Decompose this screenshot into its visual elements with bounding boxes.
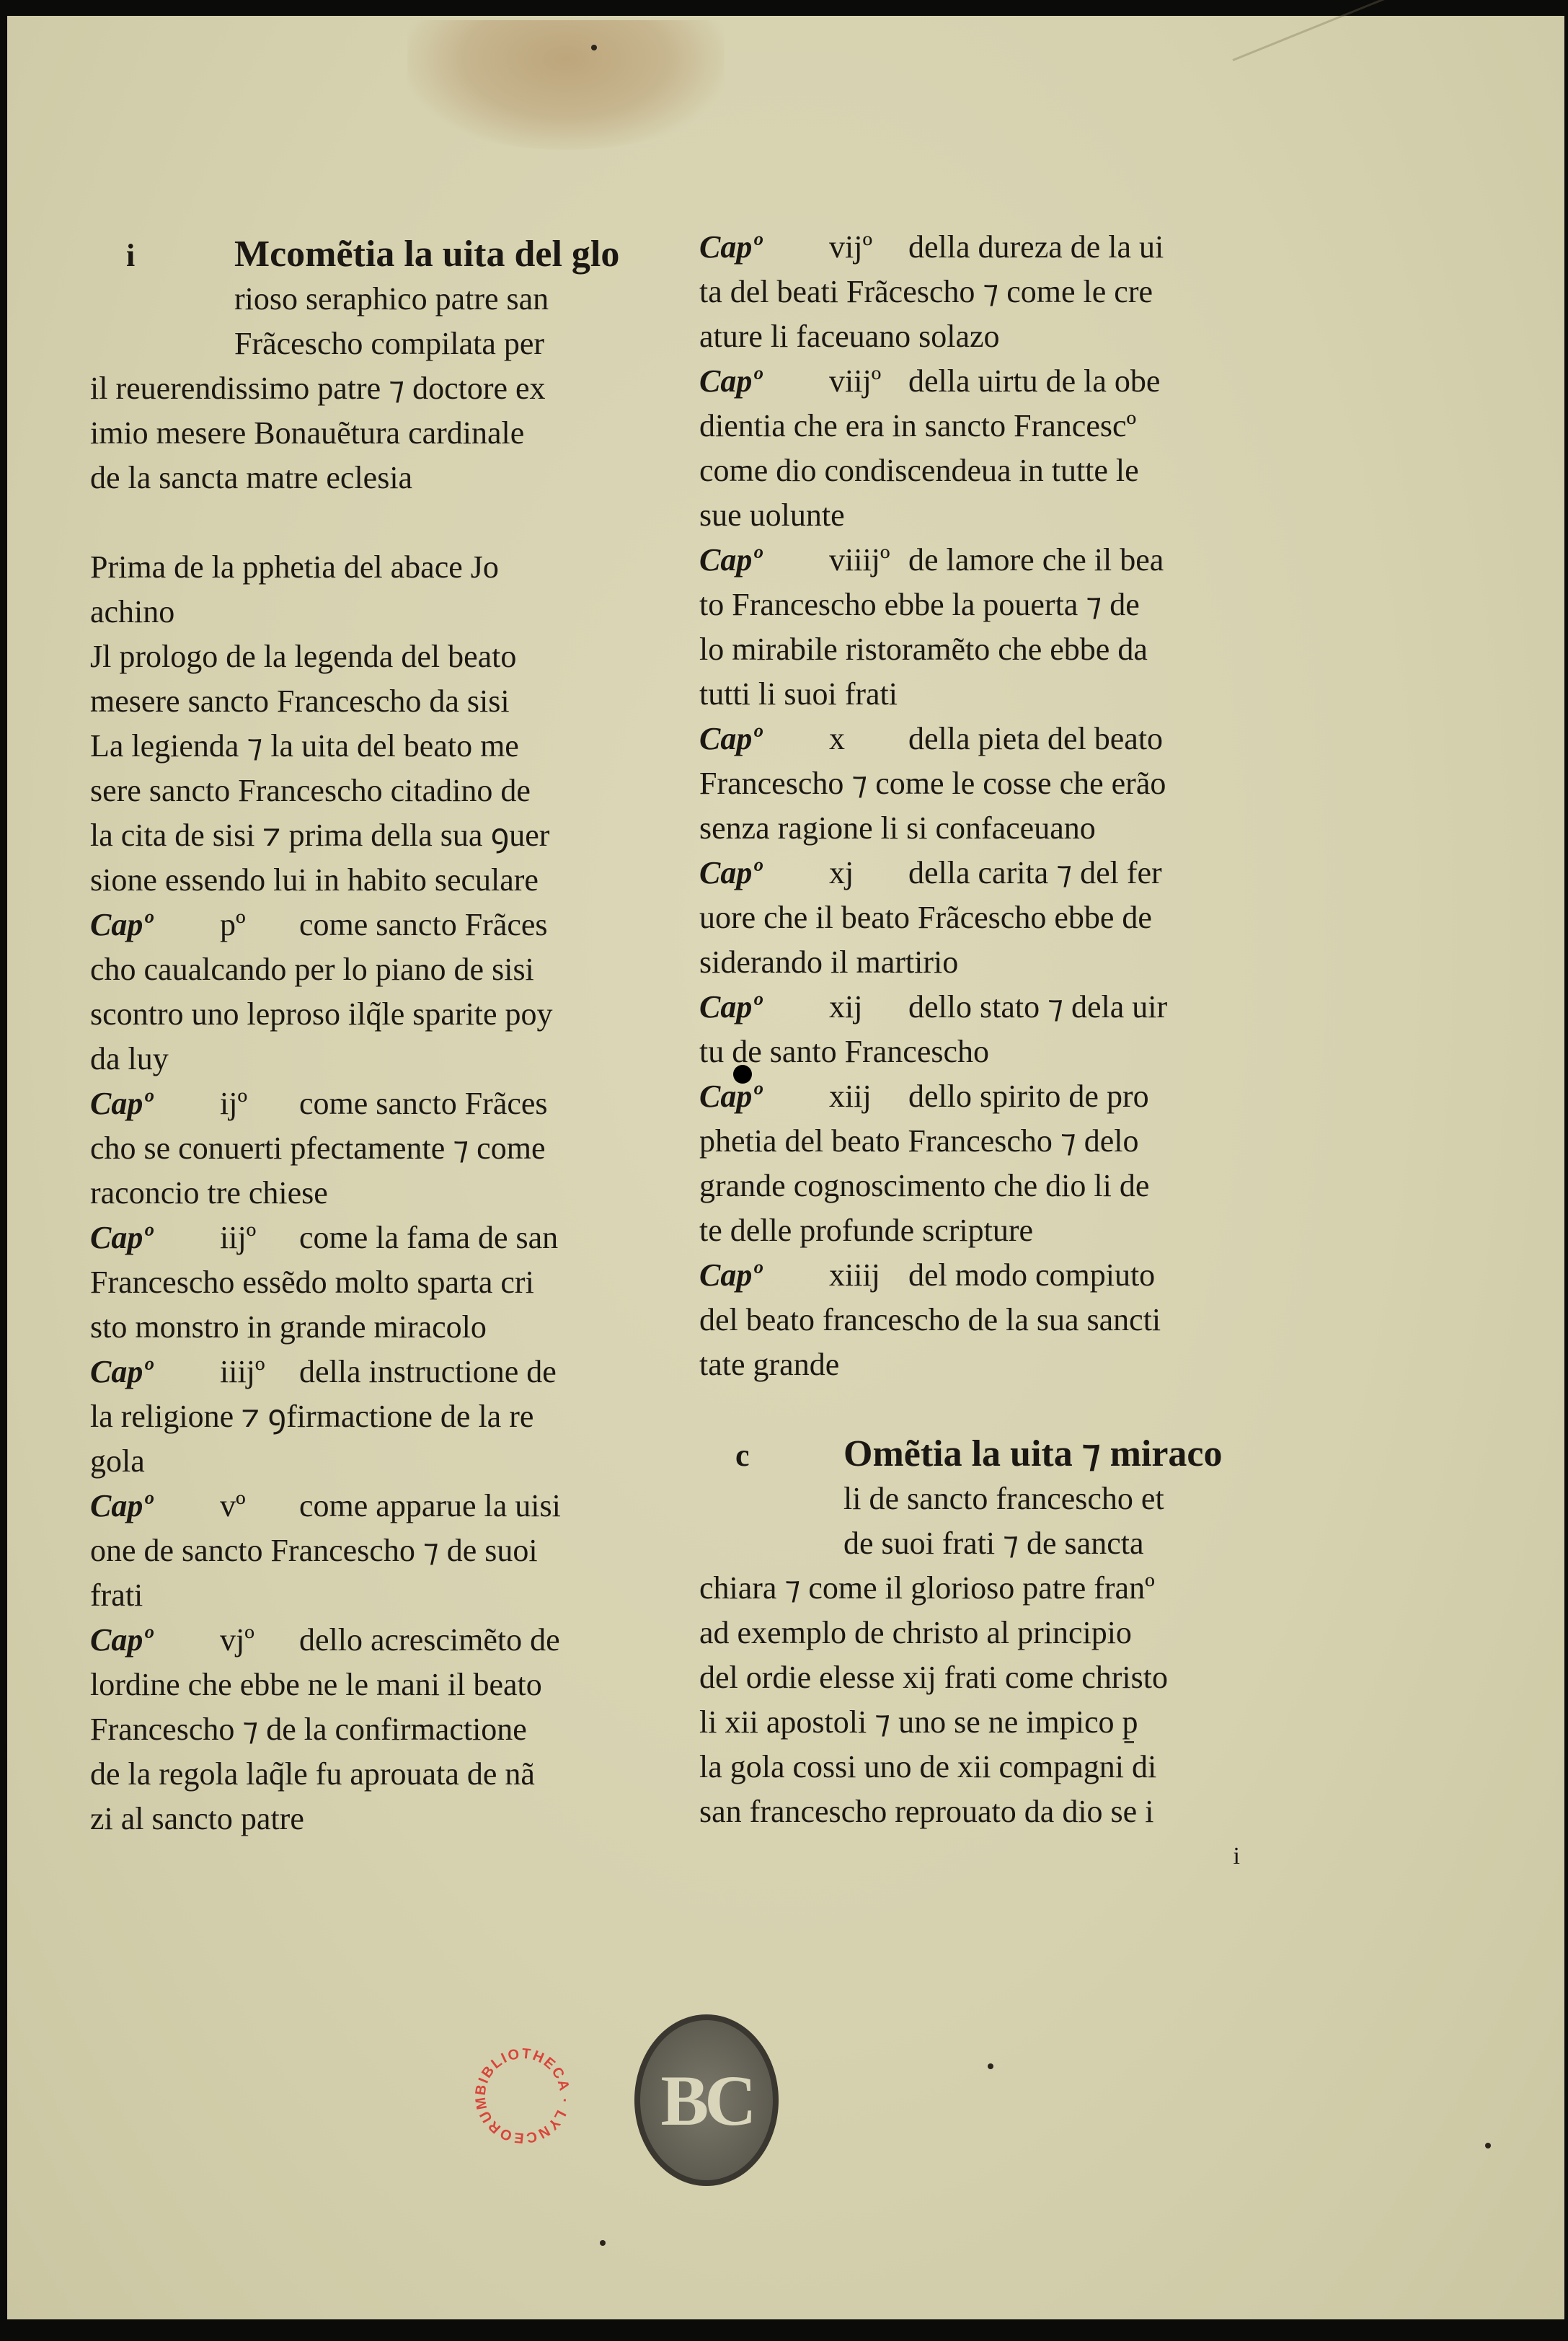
chapter-label: Capº xyxy=(90,1618,220,1663)
entry-line: Prima de la pphetia del abace Jo xyxy=(90,545,652,590)
entry-line: tutti li suoi frati xyxy=(699,672,1269,717)
text-line: ad exemplo de christo al principio xyxy=(699,1611,1269,1655)
text-line: Omẽtia la uita ⁊ miraco xyxy=(843,1433,1223,1474)
entry-line: one de sancto Francescho ⁊ de suoi xyxy=(90,1528,652,1573)
chapter-label: Capº xyxy=(699,225,829,270)
entry-line: dientia che era in sancto Francescº xyxy=(699,404,1269,448)
chapter-label: Capº xyxy=(699,538,829,583)
left-column: iMcomẽtia la uita del glo rioso seraphic… xyxy=(90,232,652,1841)
entry-line: come dio condiscendeua in tutte le xyxy=(699,448,1269,493)
chapter-number: xj xyxy=(829,851,908,895)
toc-entry-chapter-14: Capºxiiijdel modo compiuto del beato fra… xyxy=(699,1253,1269,1387)
right-column: Capºvijºdella dureza de la ui ta del bea… xyxy=(699,225,1269,1879)
entry-line: come sancto Frãces xyxy=(299,1086,548,1121)
entry-line: La legienda ⁊ la uita del beato me xyxy=(90,724,652,769)
entry-line: sto monstro in grande miracolo xyxy=(90,1305,652,1350)
entry-line: lo mirabile ristoramẽto che ebbe da xyxy=(699,627,1269,672)
entry-line: Jl prologo de la legenda del beato xyxy=(90,634,652,679)
entry-line: della instructione de xyxy=(299,1354,557,1389)
entry-line: zi al sancto patre xyxy=(90,1797,652,1841)
entry-line: della uirtu de la obe xyxy=(908,363,1160,399)
chapter-label: Capº xyxy=(90,1484,220,1528)
entry-line: la cita de sisi ⁊ prima della sua ꝯuer xyxy=(90,813,652,858)
entry-line: grande cognoscimento che dio li de xyxy=(699,1164,1269,1208)
speck xyxy=(591,45,597,50)
catchword: i xyxy=(699,1834,1269,1879)
toc-entry-chapter-4: Capºiiijºdella instructione de la religi… xyxy=(90,1350,652,1484)
entry-line: scontro uno leproso ilq̃le sparite poy xyxy=(90,992,652,1037)
entry-line: te delle profunde scripture xyxy=(699,1208,1269,1253)
entry-line: ta del beati Frãcescho ⁊ come le cre xyxy=(699,270,1269,314)
water-stain xyxy=(407,20,725,150)
heading-line: de la sancta matre eclesia xyxy=(90,456,652,500)
entry-line: frati xyxy=(90,1573,652,1618)
entry-line: del beato francescho de la sua sancti xyxy=(699,1298,1269,1342)
chapter-label: Capº xyxy=(699,851,829,895)
toc-entry: La legienda ⁊ la uita del beato me sere … xyxy=(90,724,652,903)
chapter-number: x xyxy=(829,717,908,761)
chapter-label: Capº xyxy=(699,1074,829,1119)
entry-line: lordine che ebbe ne le mani il beato xyxy=(90,1663,652,1707)
toc-entry-chapter-6: Capºvjºdello acrescimẽto de lordine che … xyxy=(90,1618,652,1841)
entry-line: Francescho essẽdo molto sparta cri xyxy=(90,1260,652,1305)
entry-line: della dureza de la ui xyxy=(908,229,1164,265)
entry-line: della carita ⁊ del fer xyxy=(908,855,1162,890)
entry-line: da luy xyxy=(90,1037,652,1081)
entry-line: sere sancto Francescho citadino de xyxy=(90,769,652,813)
chapter-label: Capº xyxy=(699,717,829,761)
toc-entry-chapter-13: Capºxiijdello spirito de pro phetia del … xyxy=(699,1074,1269,1253)
text-line: la gola cossi uno de xii compagni di xyxy=(699,1745,1269,1789)
chapter-label: Capº xyxy=(699,1253,829,1298)
entry-line: come apparue la uisi xyxy=(299,1488,561,1523)
entry-line: mesere sancto Francescho da sisi xyxy=(90,679,652,724)
library-stamp-red: BIBLIOTHECA · LYNCEORUM xyxy=(469,2042,577,2150)
speck xyxy=(988,2063,993,2069)
chapter-number: viiijº xyxy=(829,538,908,583)
toc-entry: Prima de la pphetia del abace Jo achino xyxy=(90,545,652,634)
chapter-number: ijº xyxy=(220,1081,299,1126)
chapter-number: pº xyxy=(220,903,299,947)
speck xyxy=(1485,2143,1491,2149)
entry-line: cho caualcando per lo piano de sisi xyxy=(90,947,652,992)
entry-line: dello spirito de pro xyxy=(908,1079,1149,1114)
entry-line: ature li faceuano solazo xyxy=(699,314,1269,359)
chapter-label: Capº xyxy=(90,1216,220,1260)
chapter-number: viijº xyxy=(829,359,908,404)
entry-line: de la regola laq̃le fu aprouata de nã xyxy=(90,1752,652,1797)
heading-line: il reuerendissimo patre ⁊ doctore ex xyxy=(90,366,652,411)
chapter-label: Capº xyxy=(90,1350,220,1394)
library-stamp-oval: BC xyxy=(634,2014,779,2186)
toc-entry-chapter-9: Capºviiijºde lamore che il bea to France… xyxy=(699,538,1269,717)
entry-line: cho se conuerti pfectamente ⁊ come xyxy=(90,1126,652,1171)
text-line: del ordie elesse xij frati come christo xyxy=(699,1655,1269,1700)
toc-entry-chapter-10: Capºxdella pieta del beato Francescho ⁊ … xyxy=(699,717,1269,851)
entry-line: achino xyxy=(90,590,652,634)
chapter-label: Capº xyxy=(90,903,220,947)
heading-line: Frãcescho compilata per xyxy=(90,322,652,366)
heading-line: rioso seraphico patre san xyxy=(90,277,652,322)
heading-block: iMcomẽtia la uita del glo rioso seraphic… xyxy=(90,232,652,500)
entry-line: de lamore che il bea xyxy=(908,542,1164,577)
entry-line: sione essendo lui in habito seculare xyxy=(90,858,652,903)
entry-line: sue uolunte xyxy=(699,493,1269,538)
entry-line: dello stato ⁊ dela uir xyxy=(908,989,1167,1025)
entry-line: come sancto Frãces xyxy=(299,907,548,942)
manuscript-page: iMcomẽtia la uita del glo rioso seraphic… xyxy=(7,16,1564,2319)
text-line: li xii apostoli ⁊ uno se ne impico p̱ xyxy=(699,1700,1269,1745)
chapter-number: xiij xyxy=(829,1074,908,1119)
toc-entry-chapter-12: Capºxijdello stato ⁊ dela uir tu de sant… xyxy=(699,985,1269,1074)
text-line: de suoi frati ⁊ de sancta xyxy=(699,1521,1269,1566)
chapter-label: Capº xyxy=(699,985,829,1030)
entry-line: siderando il martirio xyxy=(699,940,1269,985)
toc-entry-chapter-5: Capºvºcome apparue la uisi one de sancto… xyxy=(90,1484,652,1618)
chapter-number: vjº xyxy=(220,1618,299,1663)
text-line: san francescho reprouato da dio se i xyxy=(699,1789,1269,1834)
signature-mark: c xyxy=(699,1433,843,1478)
toc-entry-chapter-11: Capºxjdella carita ⁊ del fer uore che il… xyxy=(699,851,1269,985)
text-start-block: cOmẽtia la uita ⁊ miraco li de sancto fr… xyxy=(699,1432,1269,1879)
heading-line: Mcomẽtia la uita del glo xyxy=(234,234,619,275)
chapter-number: xij xyxy=(829,985,908,1030)
chapter-number: vº xyxy=(220,1484,299,1528)
chapter-number: xiiij xyxy=(829,1253,908,1298)
entry-line: del modo compiuto xyxy=(908,1257,1155,1293)
paper-crease xyxy=(1232,0,1554,61)
text-line: li de sancto francescho et xyxy=(699,1477,1269,1521)
entry-line: tu de santo Francescho xyxy=(699,1030,1269,1074)
stamp-monogram: BC xyxy=(661,2059,753,2142)
toc-entry-chapter-7: Capºvijºdella dureza de la ui ta del bea… xyxy=(699,225,1269,359)
entry-line: uore che il beato Frãcescho ebbe de xyxy=(699,895,1269,940)
entry-line: Francescho ⁊ come le cosse che erão xyxy=(699,761,1269,806)
heading-line: imio mesere Bonauẽtura cardinale xyxy=(90,411,652,456)
entry-line: phetia del beato Francescho ⁊ delo xyxy=(699,1119,1269,1164)
entry-line: raconcio tre chiese xyxy=(90,1171,652,1216)
chapter-label: Capº xyxy=(699,359,829,404)
entry-line: la religione ⁊ ꝯfirmactione de la re xyxy=(90,1394,652,1439)
toc-entry-chapter-8: Capºviijºdella uirtu de la obe dientia c… xyxy=(699,359,1269,538)
chapter-label: Capº xyxy=(90,1081,220,1126)
speck xyxy=(600,2240,606,2246)
entry-line: Francescho ⁊ de la confirmactione xyxy=(90,1707,652,1752)
entry-line: senza ragione li si confaceuano xyxy=(699,806,1269,851)
toc-entry: Jl prologo de la legenda del beato meser… xyxy=(90,634,652,724)
signature-mark: i xyxy=(90,234,234,278)
entry-line: tate grande xyxy=(699,1342,1269,1387)
entry-line: come la fama de san xyxy=(299,1220,558,1255)
toc-entry-chapter-2: Capºijºcome sancto Frãces cho se conuert… xyxy=(90,1081,652,1216)
entry-line: della pieta del beato xyxy=(908,721,1163,756)
toc-entry-chapter-3: Capºiijºcome la fama de san Francescho e… xyxy=(90,1216,652,1350)
ink-blot xyxy=(733,1065,752,1084)
svg-text:BIBLIOTHECA · LYNCEORUM: BIBLIOTHECA · LYNCEORUM xyxy=(472,2046,572,2146)
text-line: chiara ⁊ come il glorioso patre franº xyxy=(699,1566,1269,1611)
chapter-number: iijº xyxy=(220,1216,299,1260)
chapter-number: vijº xyxy=(829,225,908,270)
toc-entry-chapter-1: Capºpºcome sancto Frãces cho caualcando … xyxy=(90,903,652,1081)
entry-line: to Francescho ebbe la pouerta ⁊ de xyxy=(699,583,1269,627)
entry-line: dello acrescimẽto de xyxy=(299,1622,560,1658)
entry-line: gola xyxy=(90,1439,652,1484)
chapter-number: iiijº xyxy=(220,1350,299,1394)
